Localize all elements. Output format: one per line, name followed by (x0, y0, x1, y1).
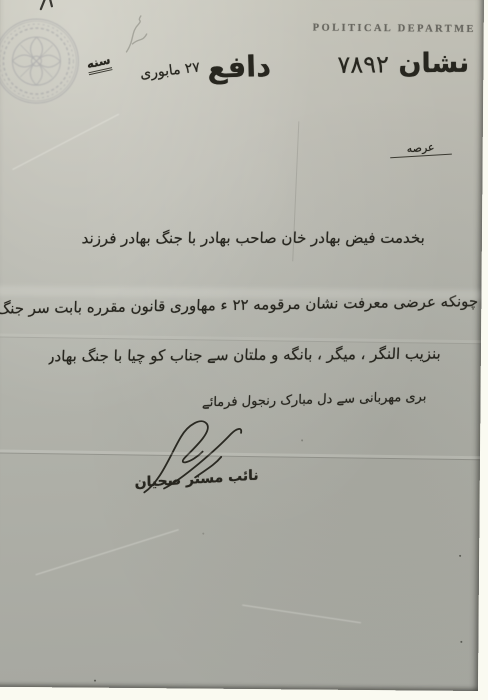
scan-canvas: POLITICAL DEPARTME نشان ٧٨٩٢ دافع سنه ٢٧… (0, 0, 488, 700)
crease-line (0, 336, 481, 344)
pen-mark-icon (39, 0, 65, 11)
date-note: ٢٧ مابوری (139, 60, 201, 83)
serial-number: ٧٨٩٢ (338, 50, 390, 78)
printed-letterhead: POLITICAL DEPARTME (313, 23, 485, 36)
received-word: دافع (207, 49, 271, 85)
year-note: سنه (85, 52, 112, 75)
date-annotation: سنه ٢٧ مابوری (80, 43, 205, 104)
letter-photo: POLITICAL DEPARTME نشان ٧٨٩٢ دافع سنه ٢٧… (0, 0, 484, 691)
crease-line (35, 529, 178, 575)
crease-line (12, 114, 119, 170)
serial-label: نشان (398, 48, 469, 80)
crease-line (242, 605, 361, 624)
closing-line: بری مهربانی سے دل مبارک رنجول فرمائے نخ (198, 390, 426, 411)
body-line-2: بنزیب النگر ، میگر ، بانگه و ملتان سے جن… (48, 345, 441, 366)
salutation-line: بخدمت فیض بهادر خان صاحب بهادر با جنگ به… (78, 229, 425, 248)
official-stamp-icon (0, 11, 87, 112)
docket-note: عرصه (389, 140, 452, 159)
serial-entry: نشان ٧٨٩٢ (337, 48, 469, 80)
